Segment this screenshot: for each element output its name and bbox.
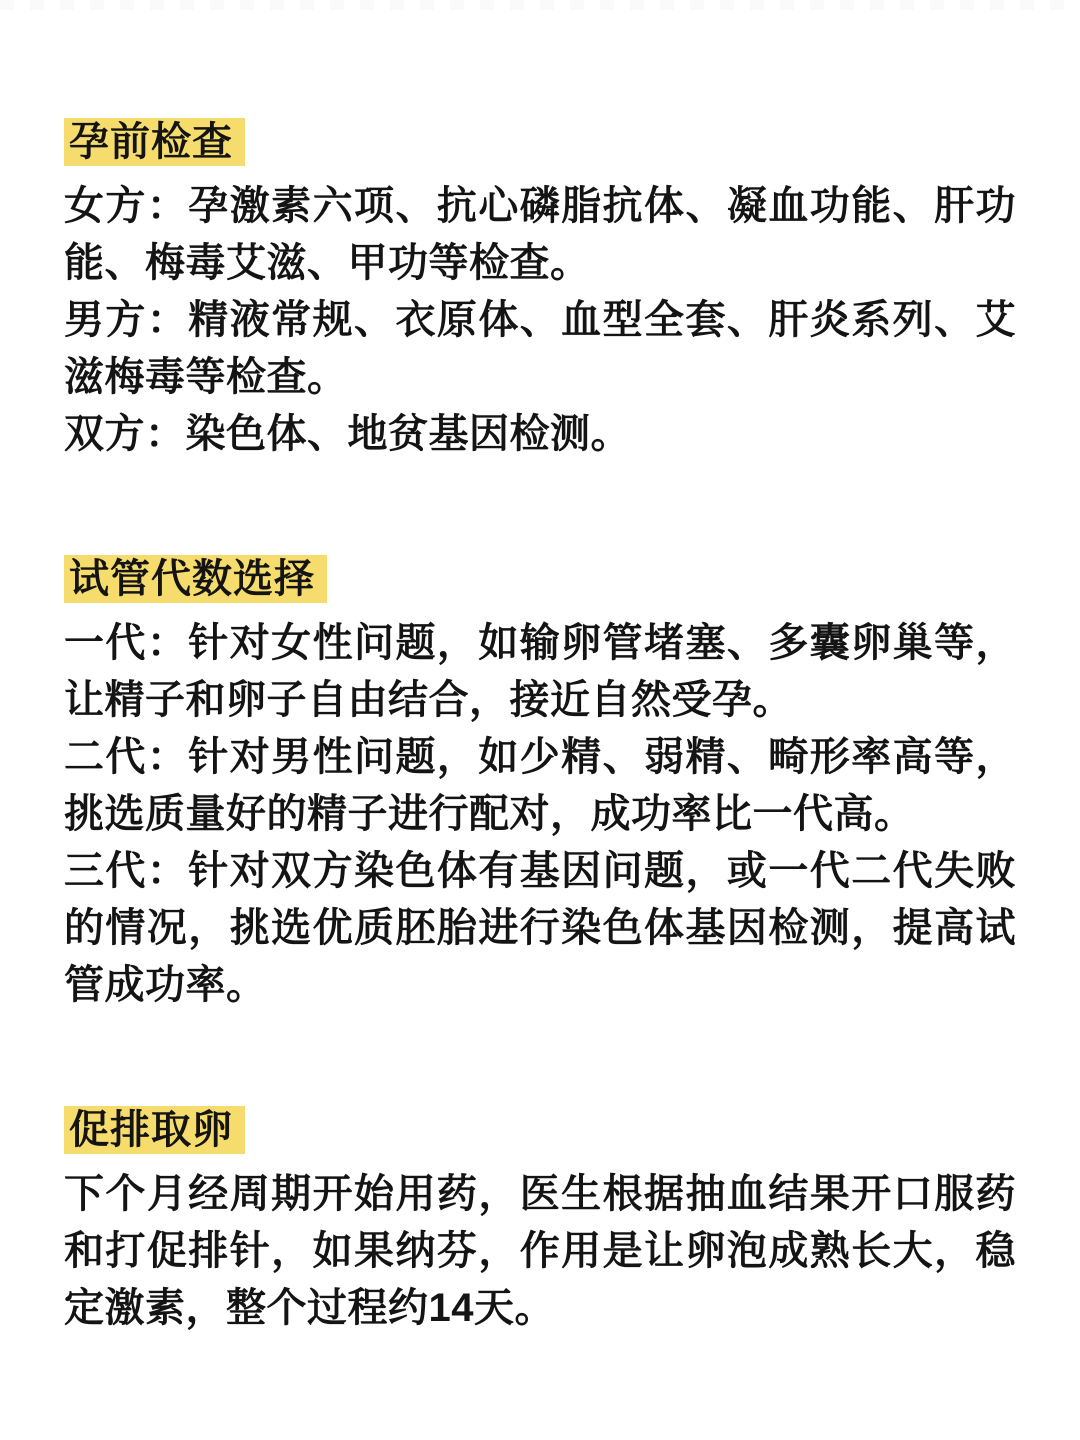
section-pre-pregnancy-checkup: 孕前检查 女方：孕激素六项、抗心磷脂抗体、凝血功能、肝功能、梅毒艾滋、甲功等检查… xyxy=(64,118,1016,463)
section-heading-ivf-generation-selection: 试管代数选择 xyxy=(64,555,327,603)
paragraph-both-checks: 双方：染色体、地贫基因检测。 xyxy=(64,406,1016,463)
paragraph-third-generation: 三代：针对双方染色体有基因问题，或一代二代失败的情况，挑选优质胚胎进行染色体基因… xyxy=(64,843,1016,1014)
paragraph-female-checks: 女方：孕激素六项、抗心磷脂抗体、凝血功能、肝功能、梅毒艾滋、甲功等检查。 xyxy=(64,178,1016,292)
section-heading-ovulation-stimulation: 促排取卵 xyxy=(64,1106,245,1154)
top-dashed-border xyxy=(0,0,1080,10)
paragraph-first-generation: 一代：针对女性问题，如输卵管堵塞、多囊卵巢等，让精子和卵子自由结合，接近自然受孕… xyxy=(64,615,1016,729)
note-page: 孕前检查 女方：孕激素六项、抗心磷脂抗体、凝血功能、肝功能、梅毒艾滋、甲功等检查… xyxy=(0,0,1080,1337)
section-heading-pre-pregnancy-checkup: 孕前检查 xyxy=(64,118,245,166)
section-body: 女方：孕激素六项、抗心磷脂抗体、凝血功能、肝功能、梅毒艾滋、甲功等检查。 男方：… xyxy=(64,178,1016,463)
paragraph-second-generation: 二代：针对男性问题，如少精、弱精、畸形率高等，挑选质量好的精子进行配对，成功率比… xyxy=(64,729,1016,843)
paragraph-stimulation-process: 下个月经周期开始用药，医生根据抽血结果开口服药和打促排针，如果纳芬，作用是让卵泡… xyxy=(64,1166,1016,1337)
section-body: 下个月经周期开始用药，医生根据抽血结果开口服药和打促排针，如果纳芬，作用是让卵泡… xyxy=(64,1166,1016,1337)
section-ivf-generation-selection: 试管代数选择 一代：针对女性问题，如输卵管堵塞、多囊卵巢等，让精子和卵子自由结合… xyxy=(64,555,1016,1014)
section-body: 一代：针对女性问题，如输卵管堵塞、多囊卵巢等，让精子和卵子自由结合，接近自然受孕… xyxy=(64,615,1016,1014)
section-ovulation-stimulation: 促排取卵 下个月经周期开始用药，医生根据抽血结果开口服药和打促排针，如果纳芬，作… xyxy=(64,1106,1016,1337)
paragraph-male-checks: 男方：精液常规、衣原体、血型全套、肝炎系列、艾滋梅毒等检查。 xyxy=(64,292,1016,406)
